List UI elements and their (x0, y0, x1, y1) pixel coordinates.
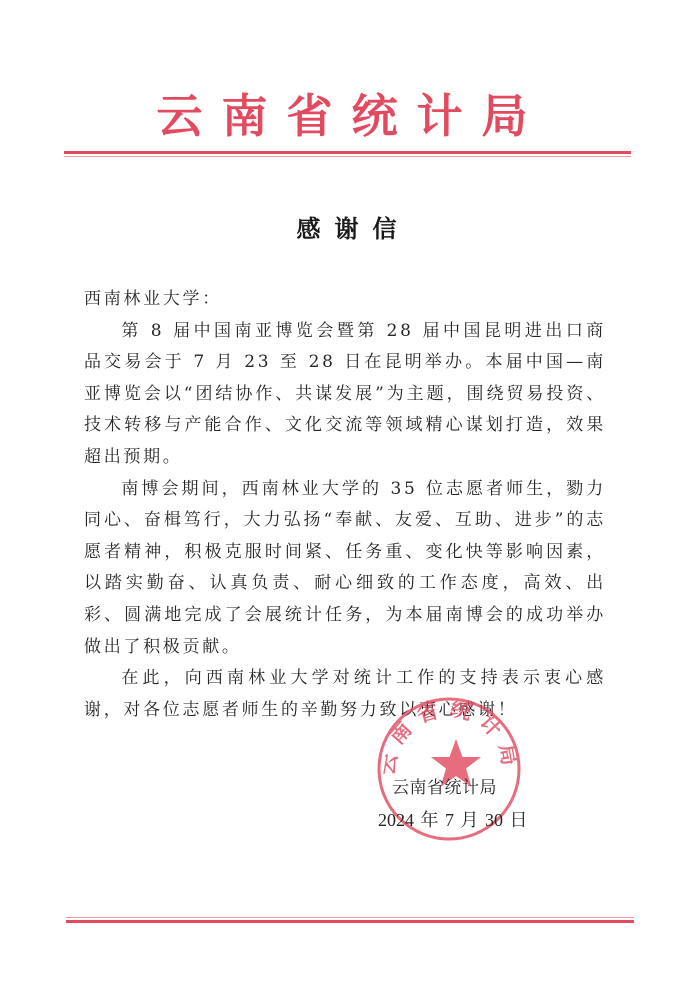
footer-divider-thin (66, 917, 634, 918)
letter-title: 感谢信 (0, 213, 695, 245)
letter-signature: 云南省统计局 (392, 774, 497, 802)
footer-divider-thick (66, 920, 634, 923)
letter-paragraph-1: 第 8 届中国南亚博览会暨第 28 届中国昆明进出口商品交易会于 7 月 23 … (84, 316, 606, 474)
letterhead-organization: 云南省统计局 (0, 88, 695, 144)
letterhead-divider-thick (64, 151, 631, 154)
letter-salutation: 西南林业大学： (84, 284, 606, 316)
letter-body: 西南林业大学： 第 8 届中国南亚博览会暨第 28 届中国昆明进出口商品交易会于… (84, 284, 606, 726)
letter-date: 2024 年 7 月 30 日 (378, 806, 528, 834)
letterhead-divider-thin (64, 156, 631, 157)
letter-paragraph-2: 南博会期间，西南林业大学的 35 位志愿者师生，勠力同心、奋楫笃行，大力弘扬“奉… (84, 474, 606, 664)
letter-paragraph-3: 在此，向西南林业大学对统计工作的支持表示衷心感谢，对各位志愿者师生的辛勤努力致以… (84, 663, 606, 726)
